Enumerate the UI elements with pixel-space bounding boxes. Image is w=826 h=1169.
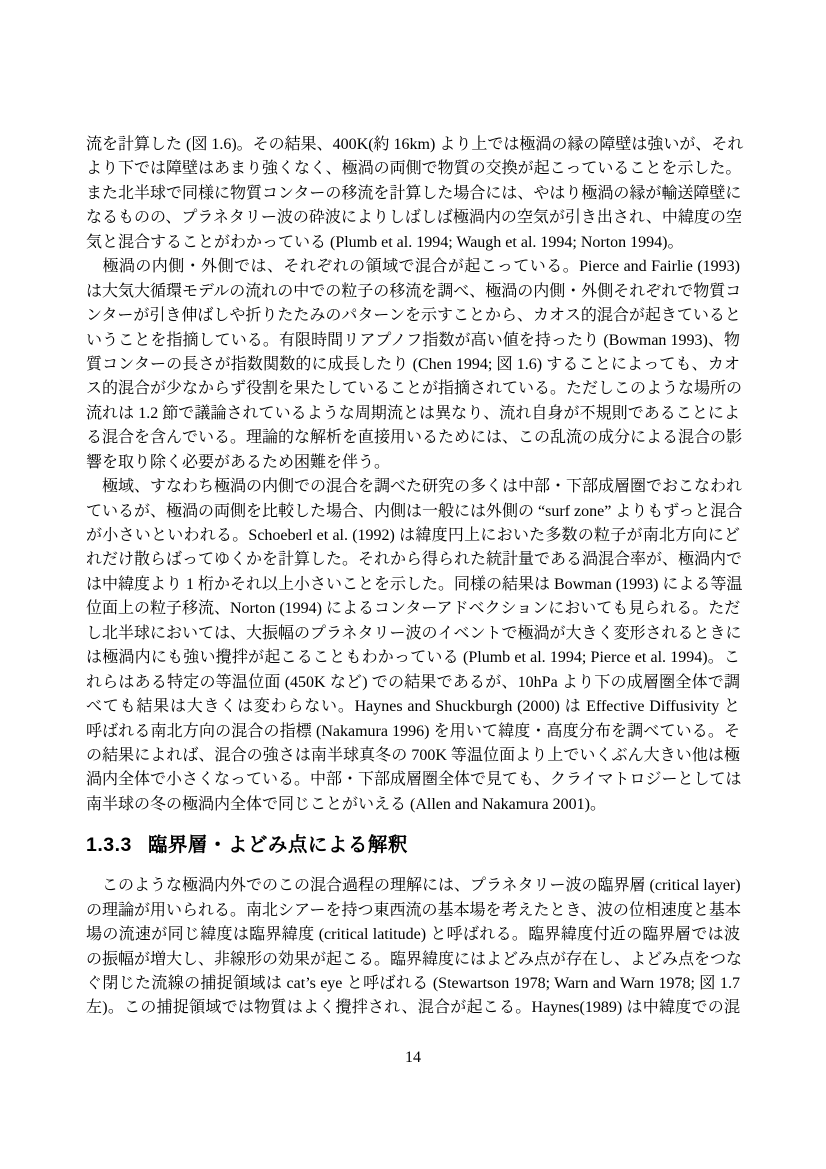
section-title: 臨界層・よどみ点による解釈 [148, 834, 408, 856]
text-line: 南半球の冬の極渦内全体で同じことがいえる (Allen and Nakamura… [86, 793, 740, 817]
text-line: し北半球においては、大振幅のプラネタリー波のイベントで極渦が大きく変形されるとき… [86, 622, 740, 646]
text-line: ぐ閉じた流線の捕捉領域は cat’s eye と呼ばれる (Stewartson… [86, 972, 740, 996]
text-line: ているが、極渦の両側を比較した場合、内側は一般には外側の “surf zone”… [86, 500, 740, 524]
page-number: 14 [0, 1046, 826, 1070]
text-line: の振幅が増大し、非線形の効果が起こる。臨界緯度にはよどみ点が存在し、よどみ点をつ… [86, 948, 740, 972]
text-line: が小さいといわれる。Schoeberl et al. (1992) は緯度円上に… [86, 524, 740, 548]
text-line: より下では障壁はあまり強くなく、極渦の両側で物質の交換が起こっていることを示した… [86, 157, 740, 181]
text-line: 気と混合することがわかっている (Plumb et al. 1994; Waug… [86, 231, 740, 255]
text-line: 渦内全体で小さくなっている。中部・下部成層圏全体で見ても、クライマトロジーとして… [86, 768, 740, 792]
section-number: 1.3.3 [86, 834, 132, 856]
text-line: は極渦内にも強い攪拌が起こることもわかっている (Plumb et al. 19… [86, 646, 740, 670]
text-line: なるものの、プラネタリー波の砕波によりしばしば極渦内の空気が引き出され、中緯度の… [86, 206, 740, 230]
text-line: 極域、すなわち極渦の内側での混合を調べた研究の多くは中部・下部成層圏でおこなわれ [86, 475, 740, 499]
text-line: このような極渦内外でのこの混合過程の理解には、プラネタリー波の臨界層 (crit… [86, 874, 740, 898]
text-line: は中緯度より 1 桁かそれ以上小さいことを示した。同様の結果は Bowman (… [86, 573, 740, 597]
text-line: 響を取り除く必要があるため困難を伴う。 [86, 451, 740, 475]
document-page: 流を計算した (図 1.6)。その結果、400K(約 16km) より上では極渦… [0, 0, 826, 1169]
text-line: る混合を含んでいる。理論的な解析を直接用いるためには、この乱流の成分による混合の… [86, 426, 740, 450]
paragraph: このような極渦内外でのこの混合過程の理解には、プラネタリー波の臨界層 (crit… [86, 874, 740, 1021]
text-line: また北半球で同様に物質コンターの移流を計算した場合には、やはり極渦の縁が輸送障壁… [86, 182, 740, 206]
paragraph: 極域、すなわち極渦の内側での混合を調べた研究の多くは中部・下部成層圏でおこなわれ… [86, 475, 740, 817]
text-line: れらはある特定の等温位面 (450K など) での結果であるが、10hPa より… [86, 671, 740, 695]
text-line: は大気大循環モデルの流れの中での粒子の移流を調べ、極渦の内側・外側それぞれで物質… [86, 280, 740, 304]
text-line: 呼ばれる南北方向の混合の指標 (Nakamura 1996) を用いて緯度・高度… [86, 720, 740, 744]
text-line: 位面上の粒子移流、Norton (1994) によるコンターアドベクションにおい… [86, 597, 740, 621]
paragraph: 流を計算した (図 1.6)。その結果、400K(約 16km) より上では極渦… [86, 133, 740, 255]
text-line: 流れは 1.2 節で議論されているような周期流とは異なり、流れ自身が不規則である… [86, 402, 740, 426]
section-heading: 1.3.3臨界層・よどみ点による解釈 [86, 832, 740, 859]
text-line: べても結果は大きくは変わらない。Haynes and Shuckburgh (2… [86, 695, 740, 719]
page-body: 流を計算した (図 1.6)。その結果、400K(約 16km) より上では極渦… [86, 133, 740, 1021]
text-line: 左)。この捕捉領域では物質はよく攪拌され、混合が起こる。Haynes(1989)… [86, 996, 740, 1020]
text-line: の理論が用いられる。南北シアーを持つ東西流の基本場を考えたとき、波の位相速度と基… [86, 899, 740, 923]
text-line: ス的混合が少なからず役割を果たしていることが指摘されている。ただしこのような場所… [86, 377, 740, 401]
text-line: ンターが引き伸ばしや折りたたみのパターンを示すことから、カオス的混合が起きている… [86, 304, 740, 328]
text-line: の結果によれば、混合の強さは南半球真冬の 700K 等温位面より上でいくぶん大き… [86, 744, 740, 768]
text-line: 極渦の内側・外側では、それぞれの領域で混合が起こっている。Pierce and … [86, 255, 740, 279]
paragraph: 極渦の内側・外側では、それぞれの領域で混合が起こっている。Pierce and … [86, 255, 740, 475]
text-line: 場の流速が同じ緯度は臨界緯度 (critical latitude) と呼ばれる… [86, 923, 740, 947]
text-line: れだけ散らばってゆくかを計算した。それから得られた統計量である渦混合率が、極渦内… [86, 548, 740, 572]
text-line: 質コンターの長さが指数関数的に成長したり (Chen 1994; 図 1.6) … [86, 353, 740, 377]
text-line: いうことを指摘している。有限時間リアプノフ指数が高い値を持ったり (Bowman… [86, 329, 740, 353]
text-line: 流を計算した (図 1.6)。その結果、400K(約 16km) より上では極渦… [86, 133, 740, 157]
